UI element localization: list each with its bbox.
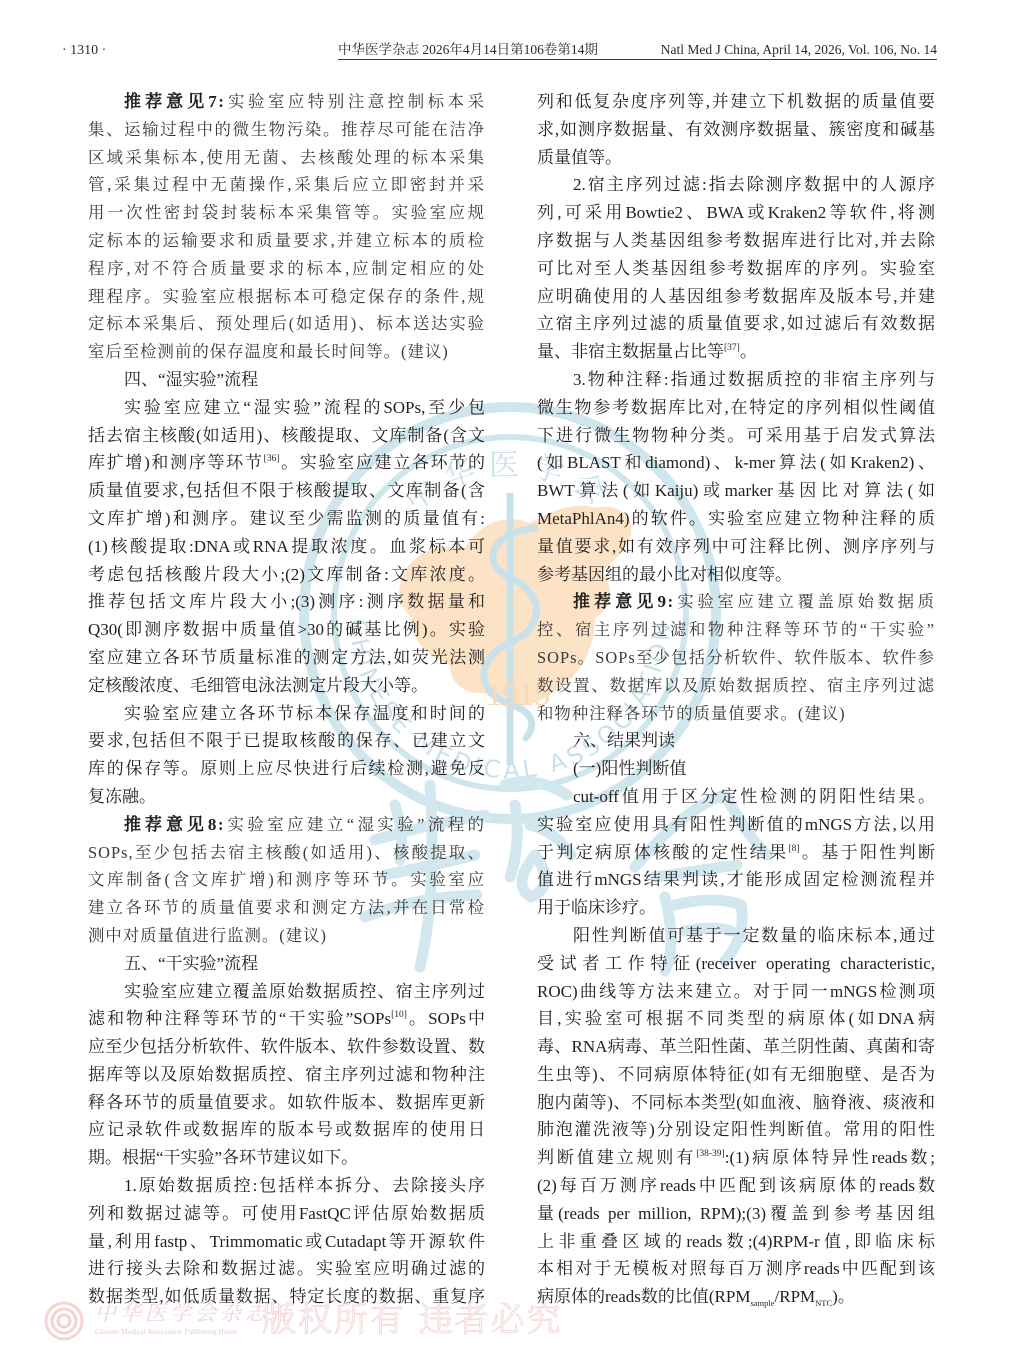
text-line: (如BLAST和diamond)、k-mer算法(如Kraken2)、 [537, 449, 935, 477]
text-line: 和物种注释各环节的质量值要求。(建议) [537, 700, 935, 728]
paragraph-continuation: 列和低复杂度序列等,并建立下机数据的质量值要 求,如测序数据量、有效测序数据量、… [537, 88, 935, 171]
text-line: 释各环节的质量值要求。如软件版本、数据库更新 [88, 1089, 485, 1117]
paragraph: 2.宿主序列过滤:指去除测序数据中的人源序 列,可采用Bowtie2、BWA或K… [537, 171, 935, 366]
right-column: 列和低复杂度序列等,并建立下机数据的质量值要 求,如测序数据量、有效测序数据量、… [537, 88, 935, 1311]
left-column: 推荐意见7:实验室应特别注意控制标本采 集、运输过程中的微生物污染。推荐尽可能在… [88, 88, 485, 1311]
section-heading: 四、“湿实验”流程 [88, 366, 485, 394]
text-line: 量,利用fastp、Trimmomatic或Cutadapt等开源软件 [88, 1228, 485, 1256]
text-line: 序数据与人类基因组参考数据库进行比对,并去除 [537, 227, 935, 255]
text-run: 库扩增)和测序等环节 [88, 453, 264, 472]
text-line: 集、运输过程中的微生物污染。推荐尽可能在洁净 [88, 116, 485, 144]
text-line: 质量值要求,包括但不限于核酸提取、文库制备(含 [88, 477, 485, 505]
text-line: 2.宿主序列过滤:指去除测序数据中的人源序 [537, 171, 935, 199]
text-line: 推荐意见9:实验室应建立覆盖原始数据质 [537, 588, 935, 616]
text-run: 。基于阳性判断 [800, 843, 935, 862]
text-line: 量、非宿主数据量占比等[37]。 [537, 338, 935, 366]
citation: [37] [724, 343, 740, 353]
text-line: 上非重叠区域的reads数;(4)RPM-r值,即临床标 [537, 1228, 935, 1256]
text-line: 阳性判断值可基于一定数量的临床标本,通过 [537, 922, 935, 950]
text-line: 下进行微生物物种分类。可采用基于启发式算法 [537, 422, 935, 450]
paragraph: 实验室应建立覆盖原始数据质控、宿主序列过 滤和物种注释等环节的“干实验”SOPs… [88, 978, 485, 1173]
text-line: 判断值建立规则有[38-39]:(1)病原体特异性reads数; [537, 1144, 935, 1172]
running-head: 中华医学杂志 2026年4月14日第106卷第14期 Natl Med J Ch… [338, 40, 937, 60]
text-line: 区域采集标本,使用无菌、去核酸处理的标本采集 [88, 144, 485, 172]
text-line: 胞内菌等)、不同标本类型(如血液、脑脊液、痰液和 [537, 1089, 935, 1117]
text-line: 实验室应建立“湿实验”流程的SOPs,至少包 [88, 394, 485, 422]
text-run: 实验室应特别注意控制标本采 [225, 92, 485, 111]
text-line: 用一次性密封袋封装标本采集管等。实验室应规 [88, 199, 485, 227]
text-line: 建立各环节的质量值要求和测定方法,并在日常检 [88, 894, 485, 922]
text-run: 于判定病原体核酸的定性结果 [537, 843, 789, 862]
text-line: 复冻融。 [88, 783, 485, 811]
text-line: 期。根据“干实验”各环节建议如下。 [88, 1144, 485, 1172]
text-line: 量(reads per million, RPM);(3)覆盖到参考基因组 [537, 1200, 935, 1228]
citation: [38-39] [696, 1149, 725, 1159]
recommendation-label: 推荐意见7: [124, 92, 225, 111]
text-line: 立宿主序列过滤的质量值要求,如过滤后有效数据 [537, 310, 935, 338]
publisher-name-en: Chinese Medical Association Publishing H… [95, 1327, 238, 1336]
text-line: 推荐意见7:实验室应特别注意控制标本采 [88, 88, 485, 116]
text-line: 数设置、数据库以及原始数据质控、宿主序列过滤 [537, 672, 935, 700]
text-run: 量、非宿主数据量占比等 [537, 342, 724, 361]
text-line: 量值要求,如有效序列中可注释比例、测序序列与 [537, 533, 935, 561]
text-line: (1)核酸提取:DNA或RNA提取浓度。血浆标本可 [88, 533, 485, 561]
section-heading: 六、结果判读 [537, 727, 935, 755]
text-line: 病原体的reads数的比值(RPMsample/RPMNTC)。 [537, 1283, 935, 1311]
text-line: (2)每百万测序reads中匹配到该病原体的reads数 [537, 1172, 935, 1200]
journal-title-en: Natl Med J China, April 14, 2026, Vol. 1… [661, 40, 937, 59]
text-line: 列和数据过滤等。可使用FastQC评估原始数据质 [88, 1200, 485, 1228]
citation: [10] [391, 1010, 407, 1020]
text-run: 实验室应建立“湿实验”流程的 [225, 815, 485, 834]
text-line: BWT算法(如Kaiju)或marker基因比对算法(如 [537, 477, 935, 505]
text-line: 管,采集过程中无菌操作,采集后应立即密封并采 [88, 171, 485, 199]
text-run: :(1)病原体特异性reads数; [725, 1148, 935, 1167]
text-run: 滤和物种注释等环节的“干实验”SOPs [88, 1009, 391, 1028]
text-line: 库的保存等。原则上应尽快进行后续检测,避免反 [88, 755, 485, 783]
text-line: 室后至检测前的保存温度和最长时间等。(建议) [88, 338, 485, 366]
text-line: 定标本的运输要求和质量要求,并建立标本的质检 [88, 227, 485, 255]
paragraph: cut-off值用于区分定性检测的阴阳性结果。 实验室应使用具有阳性判断值的mN… [537, 783, 935, 922]
text-line: 实验室应建立覆盖原始数据质控、宿主序列过 [88, 978, 485, 1006]
text-line: 控、宿主序列过滤和物种注释等环节的“干实验” [537, 616, 935, 644]
text-line: 据库等以及原始数据质控、宿主序列过滤和物种注 [88, 1061, 485, 1089]
text-line: 本相对于无模板对照每百万测序reads中匹配到该 [537, 1255, 935, 1283]
text-line: 生虫等)、不同病原体特征(如有无细胞壁、是否为 [537, 1061, 935, 1089]
text-line: 求,如测序数据量、有效测序数据量、簇密度和碱基 [537, 116, 935, 144]
text-line: 文库制备(含文库扩增)和测序等环节。实验室应 [88, 866, 485, 894]
text-line: 列,可采用Bowtie2、BWA或Kraken2等软件,将测 [537, 199, 935, 227]
paragraph: 实验室应建立各环节标本保存温度和时间的 要求,包括但不限于已提取核酸的保存、已建… [88, 700, 485, 811]
text-run: /RPM [775, 1287, 816, 1306]
text-line: 定核酸浓度、毛细管电泳法测定片段大小等。 [88, 672, 485, 700]
text-line: 库扩增)和测序等环节[36]。实验室应建立各环节的 [88, 449, 485, 477]
text-line: 实验室应建立各环节标本保存温度和时间的 [88, 700, 485, 728]
text-line: 实验室应使用具有阳性判断值的mNGS方法,以用 [537, 811, 935, 839]
text-line: 可比对至人类基因组参考数据库的序列。实验室 [537, 255, 935, 283]
text-line: 应记录软件或数据库的版本号或数据库的使用日 [88, 1116, 485, 1144]
text-line: SOPs。SOPs至少包括分析软件、软件版本、软件参 [537, 644, 935, 672]
recommendation-label: 推荐意见9: [573, 592, 675, 611]
text-line: 考虑包括核酸片段大小;(2)文库制备:文库浓度。 [88, 561, 485, 589]
text-line: 文库扩增)和测序。建议至少需监测的质量值有: [88, 505, 485, 533]
journal-title-cn: 中华医学杂志 2026年4月14日第106卷第14期 [338, 40, 598, 59]
text-line: 应明确使用的人基因组参考数据库及版本号,并建 [537, 283, 935, 311]
text-line: 数据类型,如低质量数据、特定长度的数据、重复序 [88, 1283, 485, 1311]
text-line: 列和低复杂度序列等,并建立下机数据的质量值要 [537, 88, 935, 116]
citation: [36] [264, 454, 280, 464]
text-line: 定标本采集后、预处理后(如适用)、标本送达实验 [88, 310, 485, 338]
text-line: 质量值等。 [537, 144, 935, 172]
text-line: 1.原始数据质控:包括样本拆分、去除接头序 [88, 1172, 485, 1200]
text-line: 进行接头去除和数据过滤。实验室应明确过滤的 [88, 1255, 485, 1283]
text-line: ROC)曲线等方法来建立。对于同一mNGS检测项 [537, 978, 935, 1006]
text-line: cut-off值用于区分定性检测的阴阳性结果。 [537, 783, 935, 811]
paragraph: 1.原始数据质控:包括样本拆分、去除接头序 列和数据过滤等。可使用FastQC评… [88, 1172, 485, 1311]
citation: [8] [789, 844, 800, 854]
subscript: sample [750, 1298, 774, 1308]
text-run: 。 [740, 342, 757, 361]
text-line: 室应建立各环节质量标准的测定方法,如荧光法测 [88, 644, 485, 672]
paragraph: 实验室应建立“湿实验”流程的SOPs,至少包 括去宿主核酸(如适用)、核酸提取、… [88, 394, 485, 700]
text-line: 用于临床诊疗。 [537, 894, 935, 922]
text-line: 滤和物种注释等环节的“干实验”SOPs[10]。SOPs中 [88, 1005, 485, 1033]
text-run: 。实验室应建立各环节的 [279, 453, 485, 472]
page-number: · 1310 · [62, 41, 106, 60]
recommendation-9: 推荐意见9:实验室应建立覆盖原始数据质 控、宿主序列过滤和物种注释等环节的“干实… [537, 588, 935, 727]
text-line: MetaPhlAn4)的软件。实验室应建立物种注释的质 [537, 505, 935, 533]
text-run: 判断值建立规则有 [537, 1148, 696, 1167]
text-line: 理程序。实验室应根据标本可稳定保存的条件,规 [88, 283, 485, 311]
text-run: 。SOPs中 [407, 1009, 485, 1028]
text-line: 参考基因组的最小比对相似度等。 [537, 561, 935, 589]
subsection-heading: (一)阳性判断值 [537, 755, 935, 783]
text-run: 病原体的reads数的比值(RPM [537, 1287, 750, 1306]
text-line: 肺泡灌洗液等)分别设定阳性判断值。常用的阳性 [537, 1116, 935, 1144]
text-line: 于判定病原体核酸的定性结果[8]。基于阳性判断 [537, 839, 935, 867]
text-line: 推荐包括文库片段大小;(3)测序:测序数据量和 [88, 588, 485, 616]
recommendation-label: 推荐意见8: [124, 815, 225, 834]
text-line: SOPs,至少包括去宿主核酸(如适用)、核酸提取、 [88, 839, 485, 867]
paragraph: 3.物种注释:指通过数据质控的非宿主序列与 微生物参考数据库比对,在特定的序列相… [537, 366, 935, 588]
text-line: 推荐意见8:实验室应建立“湿实验”流程的 [88, 811, 485, 839]
text-line: 要求,包括但不限于已提取核酸的保存、已建立文 [88, 727, 485, 755]
text-line: 应至少包括分析软件、软件版本、软件参数设置、数 [88, 1033, 485, 1061]
publisher-flower-logo [44, 1296, 84, 1346]
text-line: 3.物种注释:指通过数据质控的非宿主序列与 [537, 366, 935, 394]
subscript: NTC [815, 1298, 832, 1308]
text-line: 程序,对不符合质量要求的标本,应制定相应的处 [88, 255, 485, 283]
text-line: 毒、RNA病毒、革兰阳性菌、革兰阴性菌、真菌和寄 [537, 1033, 935, 1061]
recommendation-8: 推荐意见8:实验室应建立“湿实验”流程的 SOPs,至少包括去宿主核酸(如适用)… [88, 811, 485, 950]
text-line: 括去宿主核酸(如适用)、核酸提取、文库制备(含文 [88, 422, 485, 450]
recommendation-7: 推荐意见7:实验室应特别注意控制标本采 集、运输过程中的微生物污染。推荐尽可能在… [88, 88, 485, 366]
text-run: 实验室应建立覆盖原始数据质 [675, 592, 935, 611]
section-heading: 五、“干实验”流程 [88, 950, 485, 978]
paragraph: 阳性判断值可基于一定数量的临床标本,通过 受试者工作特征(receiver op… [537, 922, 935, 1311]
text-line: 目,实验室可根据不同类型的病原体(如DNA病 [537, 1005, 935, 1033]
text-line: 值进行mNGS结果判读,才能形成固定检测流程并 [537, 866, 935, 894]
text-line: 微生物参考数据库比对,在特定的序列相似性阈值 [537, 394, 935, 422]
text-line: 测中对质量值进行监测。(建议) [88, 922, 485, 950]
text-run: )。 [832, 1287, 855, 1306]
text-line: 受试者工作特征(receiver operating characteristi… [537, 950, 935, 978]
text-line: Q30(即测序数据中质量值>30的碱基比例)。实验 [88, 616, 485, 644]
